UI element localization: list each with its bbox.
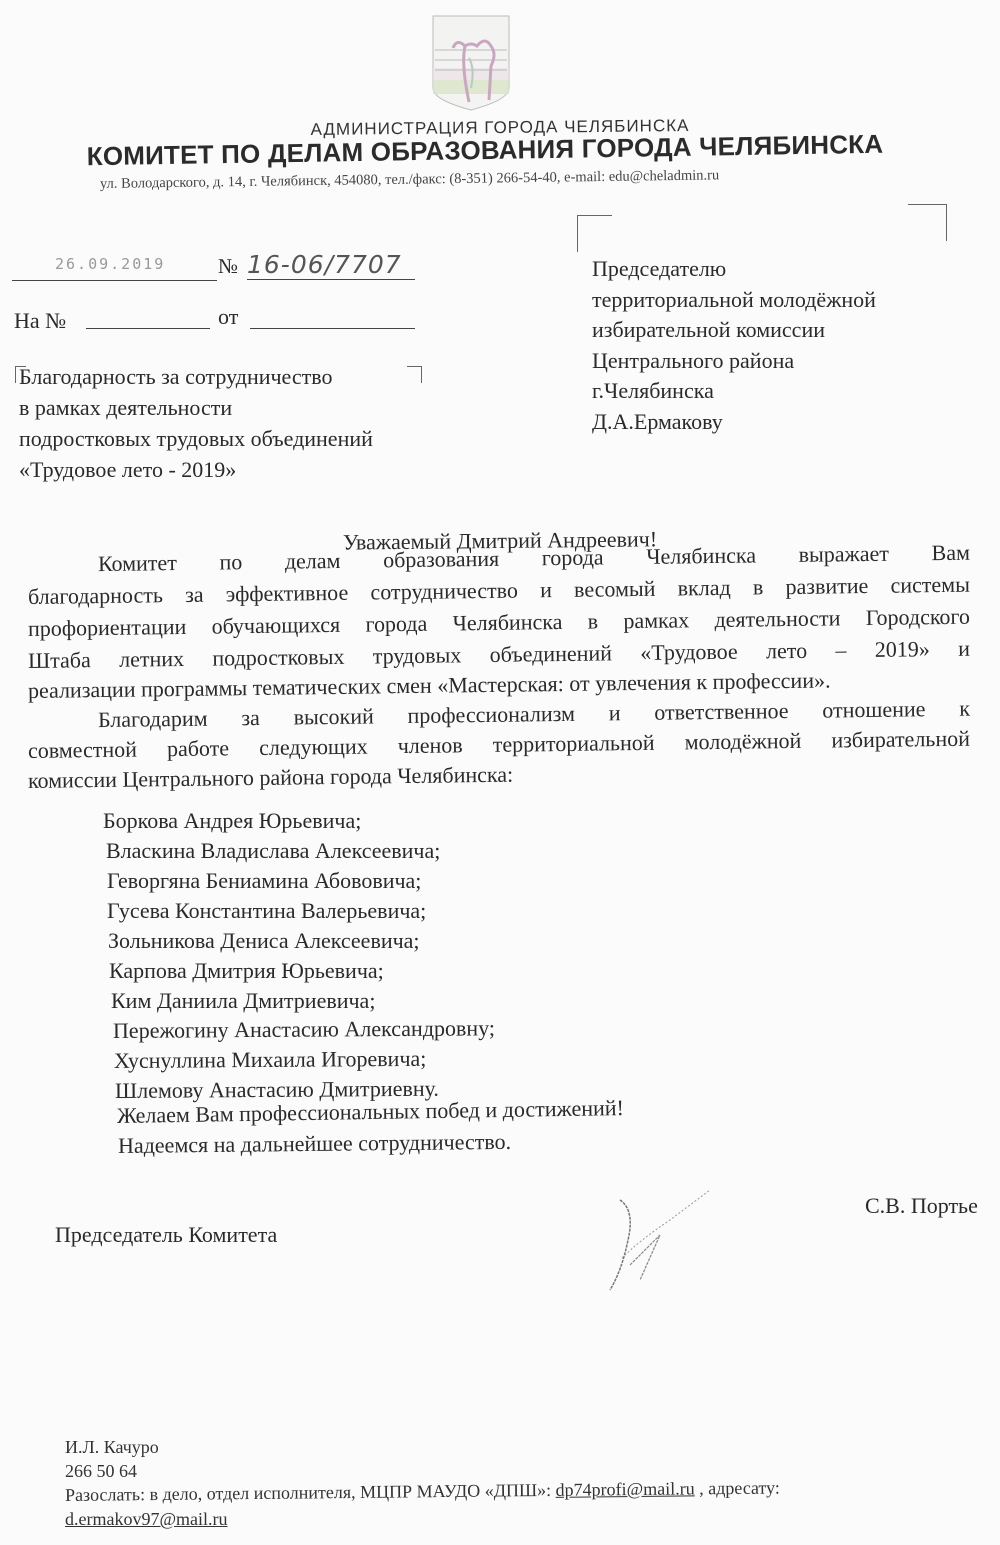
member-item: Ким Даниила Дмитриевича; (111, 988, 375, 1014)
subject-line: Благодарность за сотрудничество (19, 361, 373, 392)
addressee-line: Председателю (592, 254, 876, 285)
reference-number-label: На № (14, 308, 66, 334)
executor-name: И.Л. Качуро (65, 1435, 780, 1459)
member-item: Пережогину Анастасию Александровну; (113, 1015, 495, 1044)
chairman-title: Председатель Комитета (55, 1222, 277, 1248)
committee-address: ул. Володарского, д. 14, г. Челябинск, 4… (100, 167, 719, 193)
distribution-text: , адресату: (695, 1478, 780, 1499)
email-link[interactable]: dp74profi@mail.ru (556, 1478, 695, 1499)
reference-date-blank (250, 328, 415, 329)
addressee-line: г.Челябинска (592, 376, 876, 407)
addressee-corner-mark (908, 204, 947, 241)
coat-of-arms-icon (425, 8, 517, 114)
member-item: Власкина Владислава Алексеевича; (106, 838, 440, 864)
body-line: благодарность за эффективное сотрудничес… (28, 572, 970, 610)
member-item: Геворгяна Бениамина Абововича; (107, 868, 421, 894)
handwritten-signature-icon (560, 1180, 720, 1300)
chairman-name: С.В. Портье (865, 1193, 978, 1219)
member-item: Карпова Дмитрия Юрьевича; (109, 958, 384, 984)
addressee-corner-mark (577, 215, 612, 252)
addressee-line: Центрального района (592, 346, 876, 377)
member-item: Гусева Константина Валерьевича; (107, 898, 426, 924)
reference-number-blank (86, 328, 210, 329)
executor-block: И.Л. Качуро 266 50 64 Разослать: в дело,… (65, 1435, 780, 1531)
subject-line: в рамках деятельности (19, 392, 373, 423)
member-item: Боркова Андрея Юрьевича; (103, 808, 361, 834)
addressee-block: Председателю территориальной молодёжной … (592, 254, 876, 437)
subject-line: подростковых трудовых объединений (19, 423, 373, 454)
member-item: Зольникова Дениса Алексеевича; (108, 928, 420, 954)
registration-date: 26.09.2019 (55, 255, 165, 273)
addressee-line: избирательной комиссии (592, 315, 876, 346)
email-link[interactable]: d.ermakov97@mail.ru (65, 1509, 228, 1529)
addressee-line: Д.А.Ермакову (592, 407, 876, 438)
addressee-line: территориальной молодёжной (592, 285, 876, 316)
registration-number-label: № (218, 254, 238, 279)
reference-from-label: от (218, 304, 238, 330)
member-item: Хуснуллина Михаила Игоревича; (114, 1046, 427, 1074)
registration-date-line (12, 280, 217, 281)
closing-line: Надеемся на дальнейшее сотрудничество. (118, 1129, 511, 1159)
subject-corner-mark (407, 366, 422, 383)
subject-line: «Трудовое лето - 2019» (19, 454, 373, 485)
subject-block: Благодарность за сотрудничество в рамках… (19, 361, 373, 485)
distribution-text: Разослать: в дело, отдел исполнителя, МЦ… (65, 1480, 556, 1505)
registration-number: 16-06/7707 (247, 250, 415, 280)
body-line: профориентации обучающихся города Челяби… (28, 604, 970, 642)
